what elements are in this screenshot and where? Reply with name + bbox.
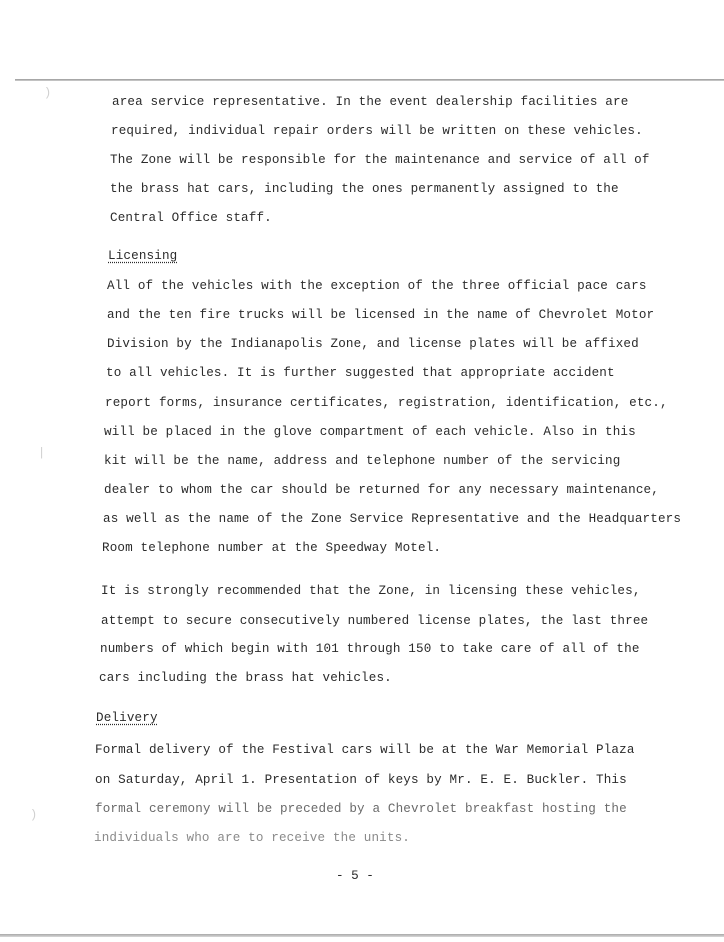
text-line: Division by the Indianapolis Zone, and l…	[107, 336, 639, 352]
scan-mark: |	[38, 446, 45, 460]
text-line: numbers of which begin with 101 through …	[100, 641, 640, 657]
text-line: report forms, insurance certificates, re…	[105, 395, 668, 411]
section-heading-delivery: Delivery	[96, 710, 158, 726]
text-line: required, individual repair orders will …	[111, 123, 643, 139]
text-line: dealer to whom the car should be returne…	[104, 482, 659, 498]
text-line: Formal delivery of the Festival cars wil…	[95, 742, 635, 758]
text-line: All of the vehicles with the exception o…	[107, 278, 647, 294]
text-line: on Saturday, April 1. Presentation of ke…	[95, 772, 627, 788]
page-number: - 5 -	[336, 869, 374, 883]
text-line: and the ten fire trucks will be licensed…	[107, 307, 654, 323]
text-line: kit will be the name, address and teleph…	[104, 453, 620, 469]
scan-mark: )	[44, 86, 51, 100]
text-line: to all vehicles. It is further suggested…	[106, 365, 615, 381]
section-heading-licensing: Licensing	[108, 248, 177, 264]
text-line: cars including the brass hat vehicles.	[99, 670, 392, 686]
scan-mark: )	[30, 808, 37, 822]
text-line: Room telephone number at the Speedway Mo…	[102, 540, 441, 556]
text-line: the brass hat cars, including the ones p…	[110, 181, 619, 197]
text-line: as well as the name of the Zone Service …	[103, 511, 681, 527]
bottom-rule	[0, 934, 724, 937]
text-line: formal ceremony will be preceded by a Ch…	[95, 801, 627, 817]
text-line: area service representative. In the even…	[112, 94, 628, 110]
text-line: Central Office staff.	[110, 210, 272, 226]
text-line: It is strongly recommended that the Zone…	[101, 583, 641, 599]
text-line: will be placed in the glove compartment …	[104, 424, 636, 440]
text-line: attempt to secure consecutively numbered…	[101, 613, 648, 629]
text-line: individuals who are to receive the units…	[94, 830, 410, 846]
text-line: The Zone will be responsible for the mai…	[110, 152, 650, 168]
top-rule	[15, 79, 724, 81]
